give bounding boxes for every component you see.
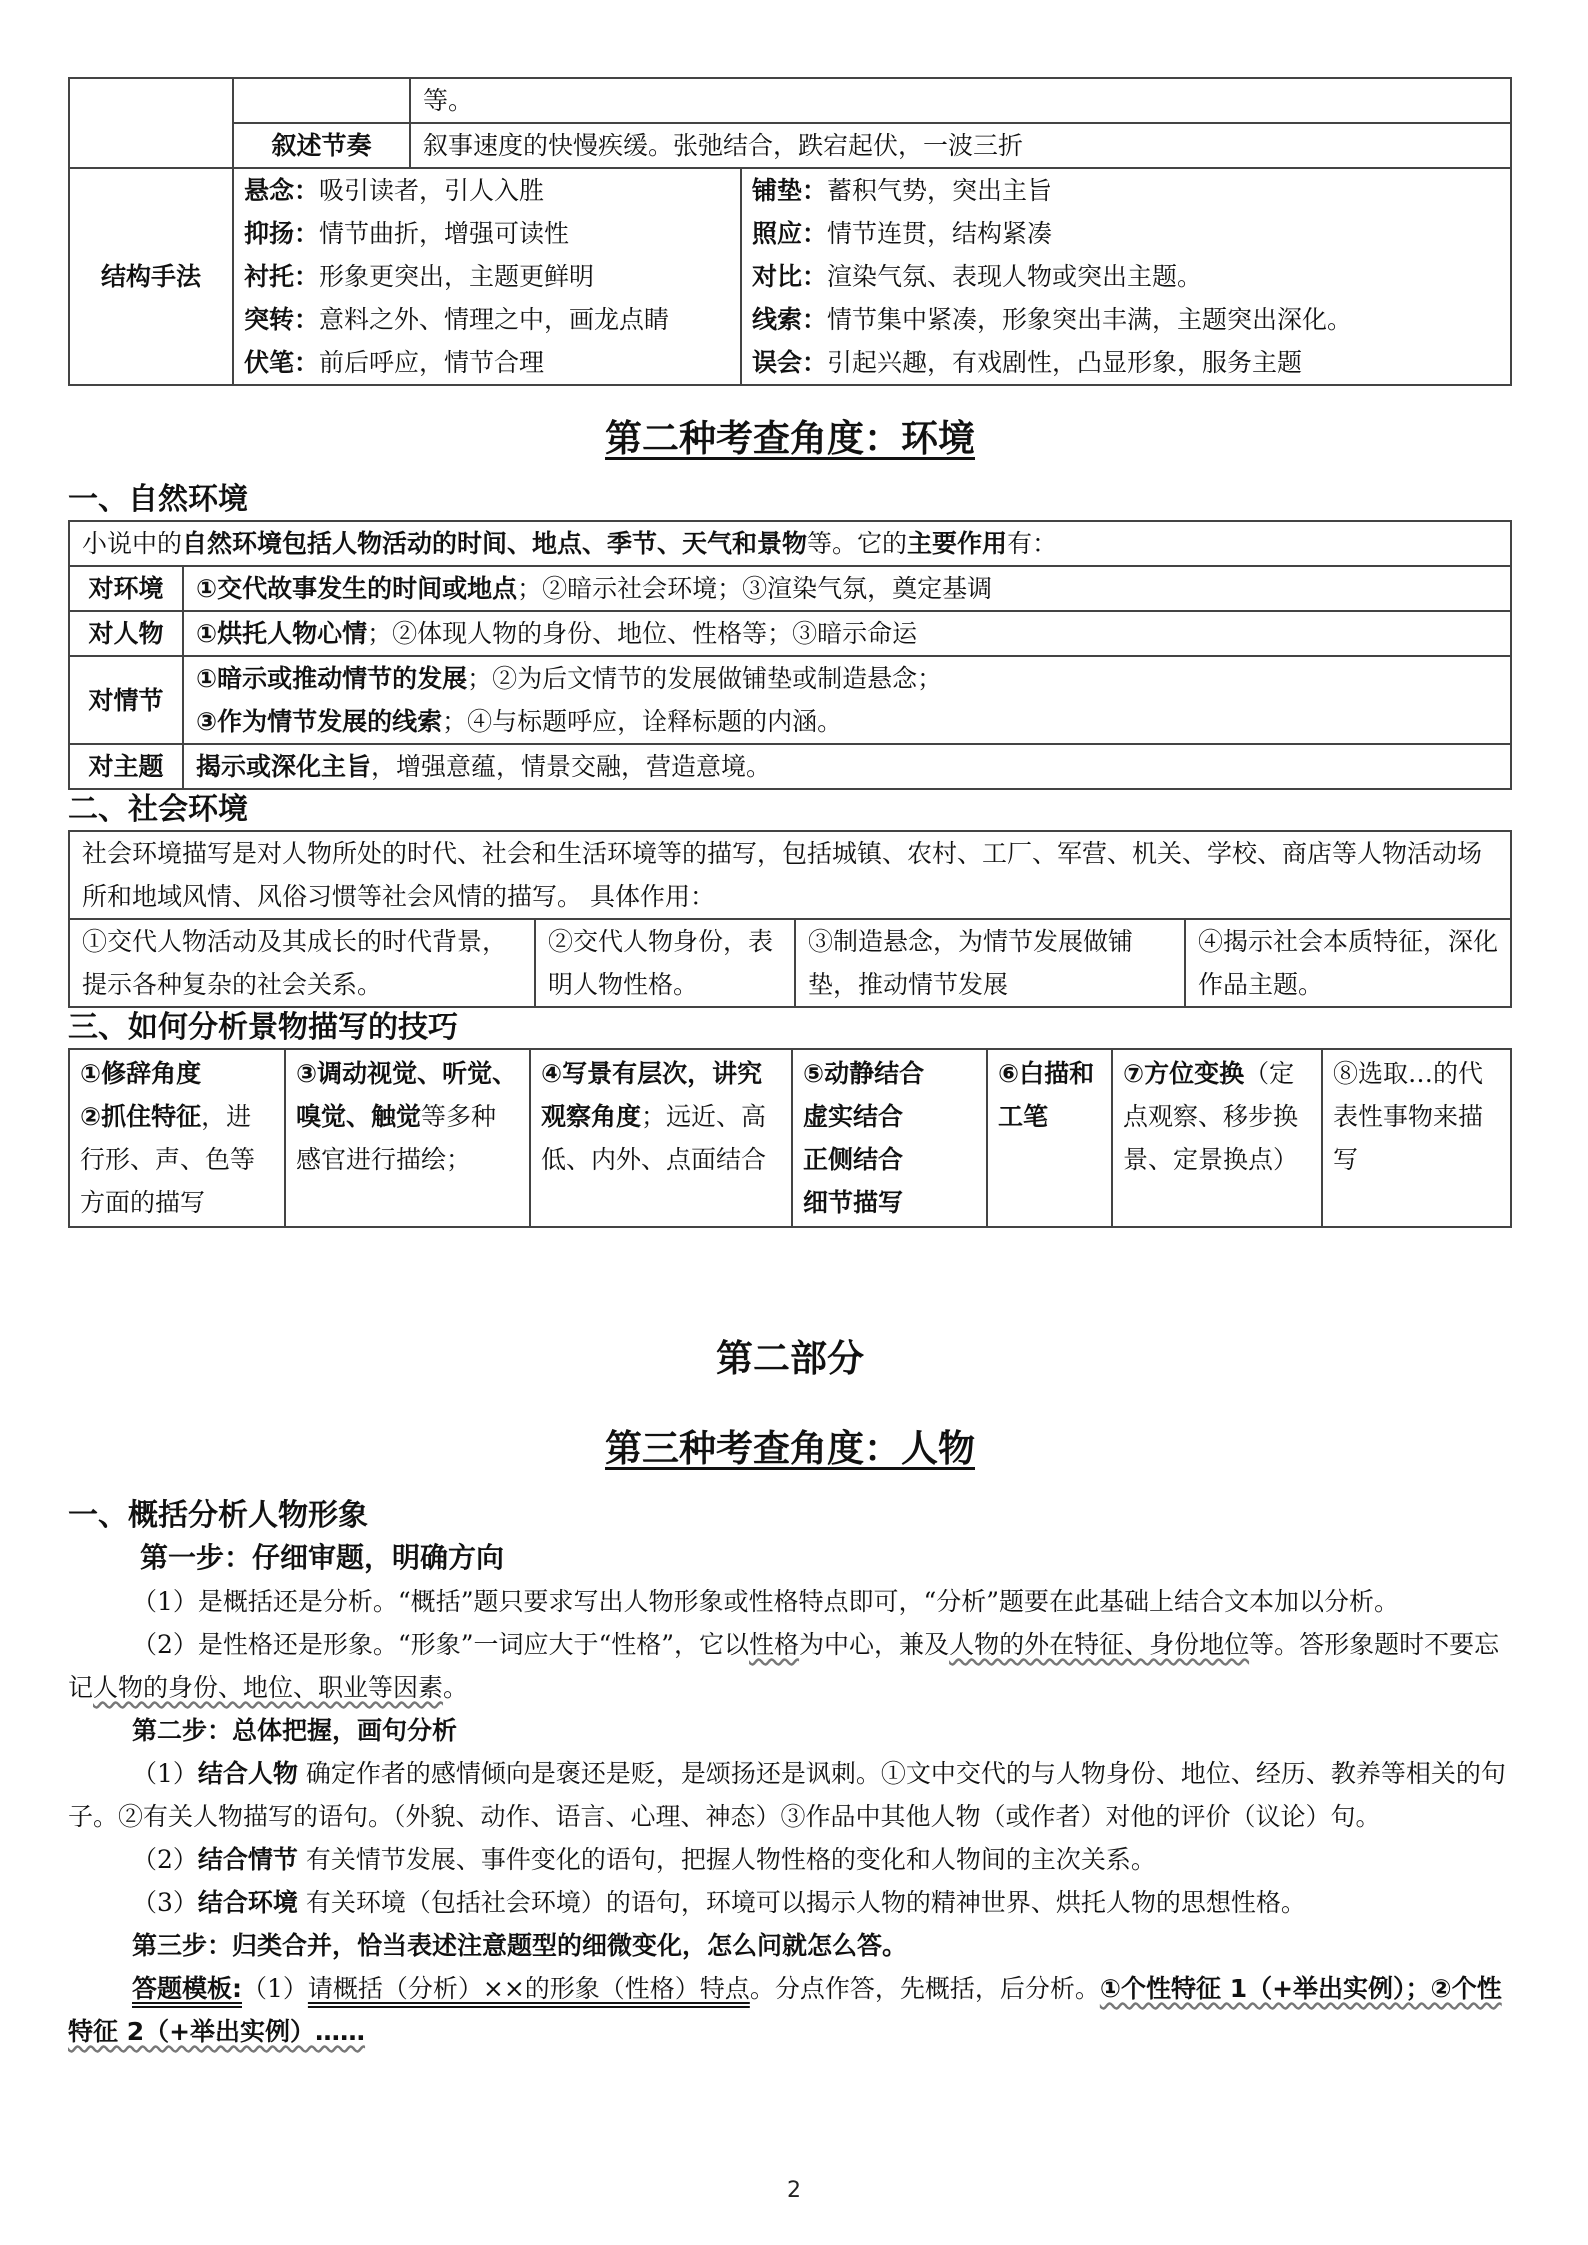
natural-intro: 小说中的自然环境包括人物活动的时间、地点、季节、天气和景物等。它的主要作用有： bbox=[69, 521, 1511, 566]
row-label: 对情节 bbox=[69, 656, 183, 744]
social-effect-4: ④揭示社会本质特征，深化作品主题。 bbox=[1185, 919, 1511, 1007]
heading-scenery-technique: 三、如何分析景物描写的技巧 bbox=[68, 1008, 1512, 1048]
continuation-text: 等。 bbox=[410, 78, 1511, 123]
step-2-title: 第二步：总体把握，画句分析 bbox=[132, 1709, 1512, 1752]
technique-cell-6: ⑦方位变换（定点观察、移步换景、定景换点） bbox=[1112, 1049, 1322, 1227]
row-content: ①烘托人物心情；②体现人物的身份、地位、性格等；③暗示命运 bbox=[183, 611, 1511, 656]
step-2-item: （1）结合人物 确定作者的感情倾向是褒还是贬，是颂扬还是讽刺。①文中交代的与人物… bbox=[68, 1752, 1512, 1838]
scenery-technique-table: ①修辞角度 ②抓住特征，进行形、声、色等方面的描写 ③调动视觉、听觉、嗅觉、触觉… bbox=[68, 1048, 1512, 1228]
section-title-character: 第三种考查角度：人物 bbox=[68, 1418, 1512, 1472]
list-item: 抑扬：情节曲折，增强可读性 bbox=[244, 212, 730, 255]
social-effect-1: ①交代人物活动及其成长的时代背景，提示各种复杂的社会关系。 bbox=[69, 919, 535, 1007]
step-1-title: 第一步：仔细审题，明确方向 bbox=[140, 1536, 1512, 1580]
social-effect-3: ③制造悬念，为情节发展做铺垫，推动情节发展 bbox=[795, 919, 1185, 1007]
step-1-paragraph-2: （2）是性格还是形象。“形象”一词应大于“性格”，它以性格为中心，兼及人物的外在… bbox=[68, 1623, 1512, 1709]
narrative-structure-table: 等。 叙述节奏 叙事速度的快慢疾缓。张弛结合，跌宕起伏，一波三折 结构手法 悬念… bbox=[68, 77, 1512, 386]
template-label: 答题模板: bbox=[132, 1974, 242, 2003]
document-page: 等。 叙述节奏 叙事速度的快慢疾缓。张弛结合，跌宕起伏，一波三折 结构手法 悬念… bbox=[68, 77, 1512, 2053]
list-item: 线索：情节集中紧凑，形象突出丰满，主题突出深化。 bbox=[752, 298, 1500, 341]
technique-cell-5: ⑥白描和工笔 bbox=[987, 1049, 1112, 1227]
step-2-item: （3）结合环境 有关环境（包括社会环境）的语句，环境可以揭示人物的精神世界、烘托… bbox=[68, 1881, 1512, 1924]
section-title-environment: 第二种考查角度：环境 bbox=[68, 408, 1512, 462]
heading-social-environment: 二、社会环境 bbox=[68, 790, 1512, 830]
page-number: 2 bbox=[0, 2178, 1588, 2203]
social-environment-table: 社会环境描写是对人物所处的时代、社会和生活环境等的描写，包括城镇、农村、工厂、军… bbox=[68, 830, 1512, 1008]
row-label: 对主题 bbox=[69, 744, 183, 789]
technique-cell-3: ④写景有层次，讲究观察角度；远近、高低、内外、点面结合 bbox=[530, 1049, 792, 1227]
step-1-paragraph-1: （1）是概括还是分析。“概括”题只要求写出人物形象或性格特点即可，“分析”题要在… bbox=[68, 1580, 1512, 1623]
row-label: 对人物 bbox=[69, 611, 183, 656]
row-content: ①交代故事发生的时间或地点；②暗示社会环境；③渲染气氛，奠定基调 bbox=[183, 566, 1511, 611]
empty-cell bbox=[233, 78, 410, 123]
list-item: 悬念：吸引读者，引人入胜 bbox=[244, 169, 730, 212]
answer-template: 答题模板:（1）请概括（分析）××的形象（性格）特点。分点作答，先概括，后分析。… bbox=[68, 1967, 1512, 2053]
heading-character-image: 一、概括分析人物形象 bbox=[68, 1496, 1512, 1536]
natural-environment-table: 小说中的自然环境包括人物活动的时间、地点、季节、天气和景物等。它的主要作用有： … bbox=[68, 520, 1512, 790]
list-item: 铺垫：蓄积气势，突出主旨 bbox=[752, 169, 1500, 212]
narrative-rhythm-text: 叙事速度的快慢疾缓。张弛结合，跌宕起伏，一波三折 bbox=[410, 123, 1511, 168]
structure-left-list: 悬念：吸引读者，引人入胜 抑扬：情节曲折，增强可读性 衬托：形象更突出，主题更鲜… bbox=[233, 168, 741, 385]
step-2-item: （2）结合情节 有关情节发展、事件变化的语句，把握人物性格的变化和人物间的主次关… bbox=[68, 1838, 1512, 1881]
list-item: 误会：引起兴趣，有戏剧性，凸显形象，服务主题 bbox=[752, 341, 1500, 384]
technique-cell-4: ⑤动静结合 虚实结合 正侧结合 细节描写 bbox=[792, 1049, 987, 1227]
row-content: ①暗示或推动情节的发展；②为后文情节的发展做铺垫或制造悬念； ③作为情节发展的线… bbox=[183, 656, 1511, 744]
row-label: 对环境 bbox=[69, 566, 183, 611]
list-item: 对比：渲染气氛、表现人物或突出主题。 bbox=[752, 255, 1500, 298]
row-label-structure: 结构手法 bbox=[69, 168, 233, 385]
social-effect-2: ②交代人物身份，表明人物性格。 bbox=[535, 919, 795, 1007]
heading-natural-environment: 一、自然环境 bbox=[68, 480, 1512, 520]
technique-cell-7: ⑧选取…的代表性事物来描写 bbox=[1322, 1049, 1511, 1227]
technique-cell-1: ①修辞角度 ②抓住特征，进行形、声、色等方面的描写 bbox=[69, 1049, 285, 1227]
empty-cell bbox=[69, 78, 233, 168]
list-item: 照应：情节连贯，结构紧凑 bbox=[752, 212, 1500, 255]
structure-right-list: 铺垫：蓄积气势，突出主旨 照应：情节连贯，结构紧凑 对比：渲染气氛、表现人物或突… bbox=[741, 168, 1511, 385]
list-item: 衬托：形象更突出，主题更鲜明 bbox=[244, 255, 730, 298]
step-3-title: 第三步：归类合并，恰当表述注意题型的细微变化，怎么问就怎么答。 bbox=[132, 1924, 1512, 1967]
list-item: 突转：意料之外、情理之中，画龙点睛 bbox=[244, 298, 730, 341]
part-title: 第二部分 bbox=[68, 1328, 1512, 1382]
social-intro: 社会环境描写是对人物所处的时代、社会和生活环境等的描写，包括城镇、农村、工厂、军… bbox=[69, 831, 1511, 919]
row-content: 揭示或深化主旨，增强意蕴，情景交融，营造意境。 bbox=[183, 744, 1511, 789]
list-item: 伏笔：前后呼应，情节合理 bbox=[244, 341, 730, 384]
technique-cell-2: ③调动视觉、听觉、嗅觉、触觉等多种感官进行描绘； bbox=[285, 1049, 530, 1227]
row-label-narrative-rhythm: 叙述节奏 bbox=[233, 123, 410, 168]
